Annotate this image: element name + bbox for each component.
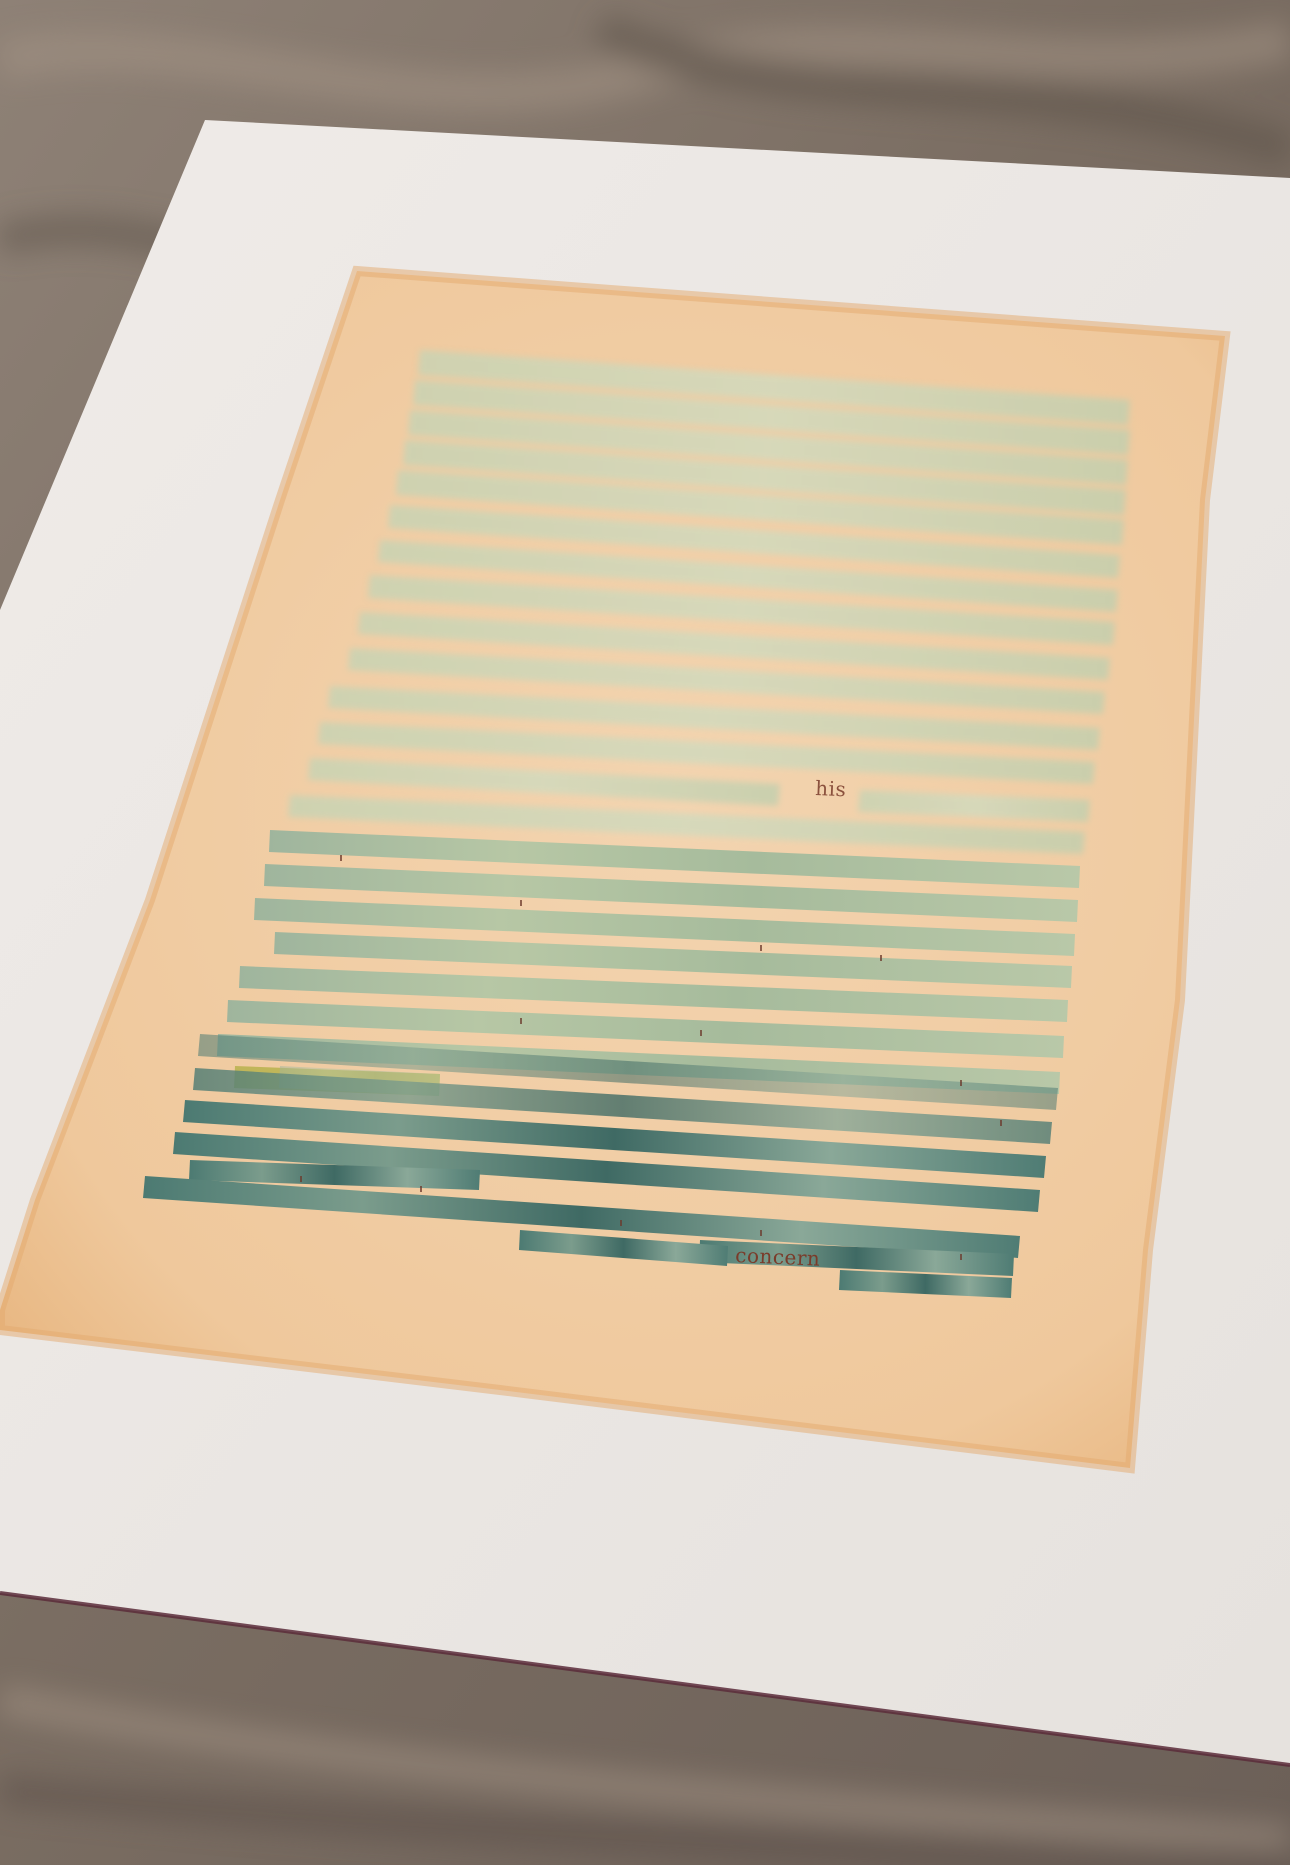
erasure-word-concern: concern xyxy=(735,1243,821,1271)
erasure-word-his: his xyxy=(815,776,847,801)
photo-scene: his concern xyxy=(0,0,1290,1865)
artwork-photo: his concern xyxy=(0,0,1290,1865)
